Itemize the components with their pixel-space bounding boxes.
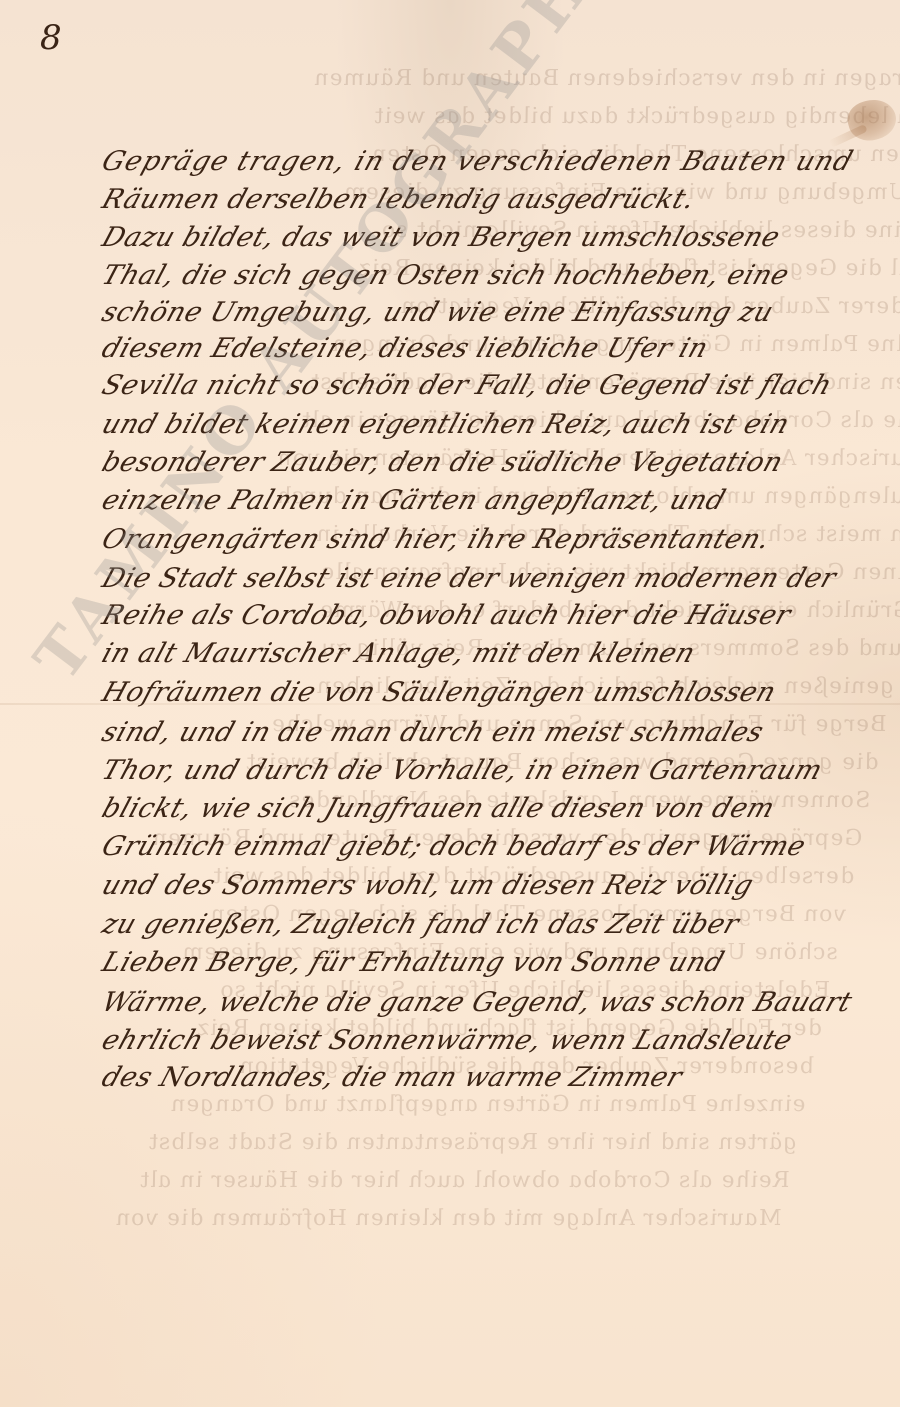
page-number: 8 — [40, 18, 62, 58]
text-line: schöne Umgebung, und wie eine Einfassung… — [98, 297, 888, 328]
text-line: Lieben Berge, für Erhaltung von Sonne un… — [98, 947, 888, 978]
text-line: Thor, und durch die Vorhalle, in einen G… — [98, 755, 888, 786]
text-line: und des Sommers wohl, um diesen Reiz völ… — [98, 870, 888, 901]
text-line: Grünlich einmal giebt; doch bedarf es de… — [98, 831, 888, 862]
text-line: ehrlich beweist Sonnenwärme, wenn Landsl… — [98, 1025, 888, 1056]
text-line: zu genießen, Zugleich fand ich das Zeit … — [98, 909, 888, 940]
text-line: Wärme, welche die ganze Gegend, was scho… — [98, 987, 888, 1018]
text-line: diesem Edelsteine, dieses liebliche Ufer… — [98, 333, 888, 364]
text-line: Thal, die sich gegen Osten sich hochhebe… — [98, 260, 888, 291]
text-line: Dazu bildet, das weit von Bergen umschlo… — [98, 222, 888, 253]
text-line: Reihe als Cordoba, obwohl auch hier die … — [98, 600, 888, 631]
text-line: blickt, wie sich Jungfrauen alle diesen … — [98, 793, 888, 824]
text-line: Die Stadt selbst ist eine der wenigen mo… — [98, 563, 888, 594]
text-line: sind, und in die man durch ein meist sch… — [98, 717, 888, 748]
text-line: in alt Maurischer Anlage, mit den kleine… — [98, 638, 888, 669]
text-line: Räumen derselben lebendig ausgedrückt. — [98, 184, 888, 215]
text-line: Hofräumen die von Säulengängen umschloss… — [98, 677, 888, 708]
text-line: Gepräge tragen, in den verschiedenen Bau… — [98, 146, 888, 177]
text-line: des Nordlandes, die man warme Zimmer — [98, 1062, 888, 1093]
text-line: Orangengärten sind hier, ihre Repräsenta… — [98, 524, 888, 555]
